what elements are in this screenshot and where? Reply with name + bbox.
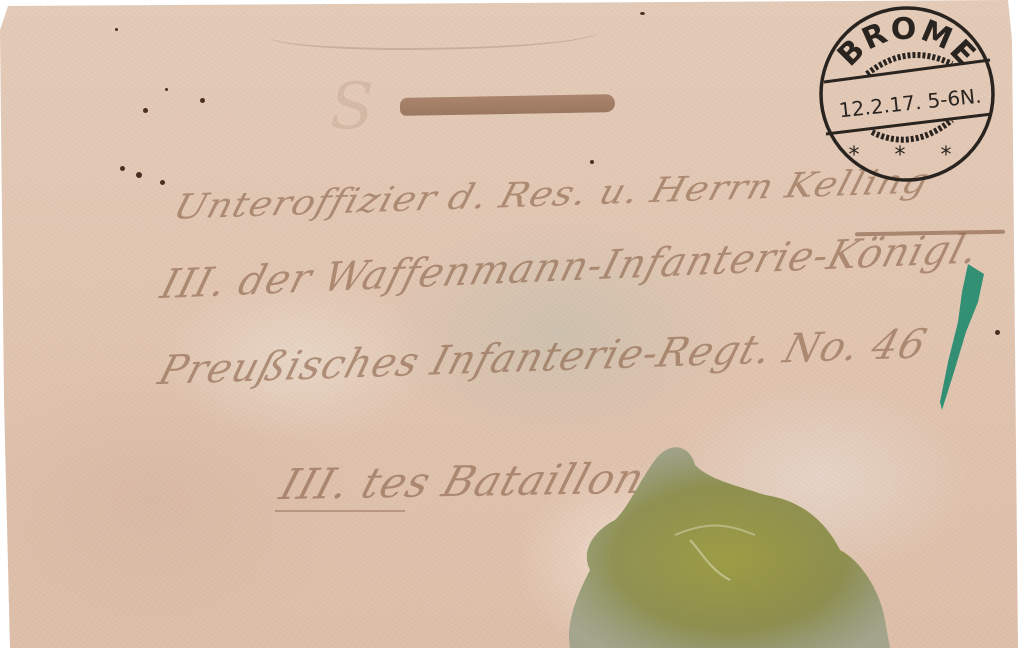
- ink-smear: [400, 94, 615, 116]
- speck: [136, 172, 142, 178]
- speck: [200, 98, 205, 103]
- green-crayon-mark: [938, 262, 988, 412]
- speck: [120, 166, 125, 171]
- address-line-3: Preußisches Infanterie-Regt. No. 46: [153, 321, 932, 394]
- address-line-4-underline: [275, 510, 405, 512]
- faint-show-through-letter: S: [330, 70, 374, 144]
- water-stain: [560, 440, 890, 648]
- envelope: S Unteroffizier d. Res. u. Herrn Kelling…: [0, 0, 1024, 648]
- flap-crease: [270, 18, 600, 50]
- speck: [115, 28, 118, 31]
- postmark-stars: * * *: [849, 143, 966, 168]
- speck: [143, 108, 148, 113]
- speck: [160, 180, 165, 185]
- speck: [995, 330, 1000, 335]
- postmark-cancel: BROME 12.2.17. 5-6N. * * *: [812, 2, 1002, 192]
- speck: [590, 160, 594, 164]
- speck: [165, 88, 168, 91]
- address-line-2: III. der Waffenmann-Infanterie-Königl.: [156, 226, 985, 308]
- speck: [640, 12, 645, 15]
